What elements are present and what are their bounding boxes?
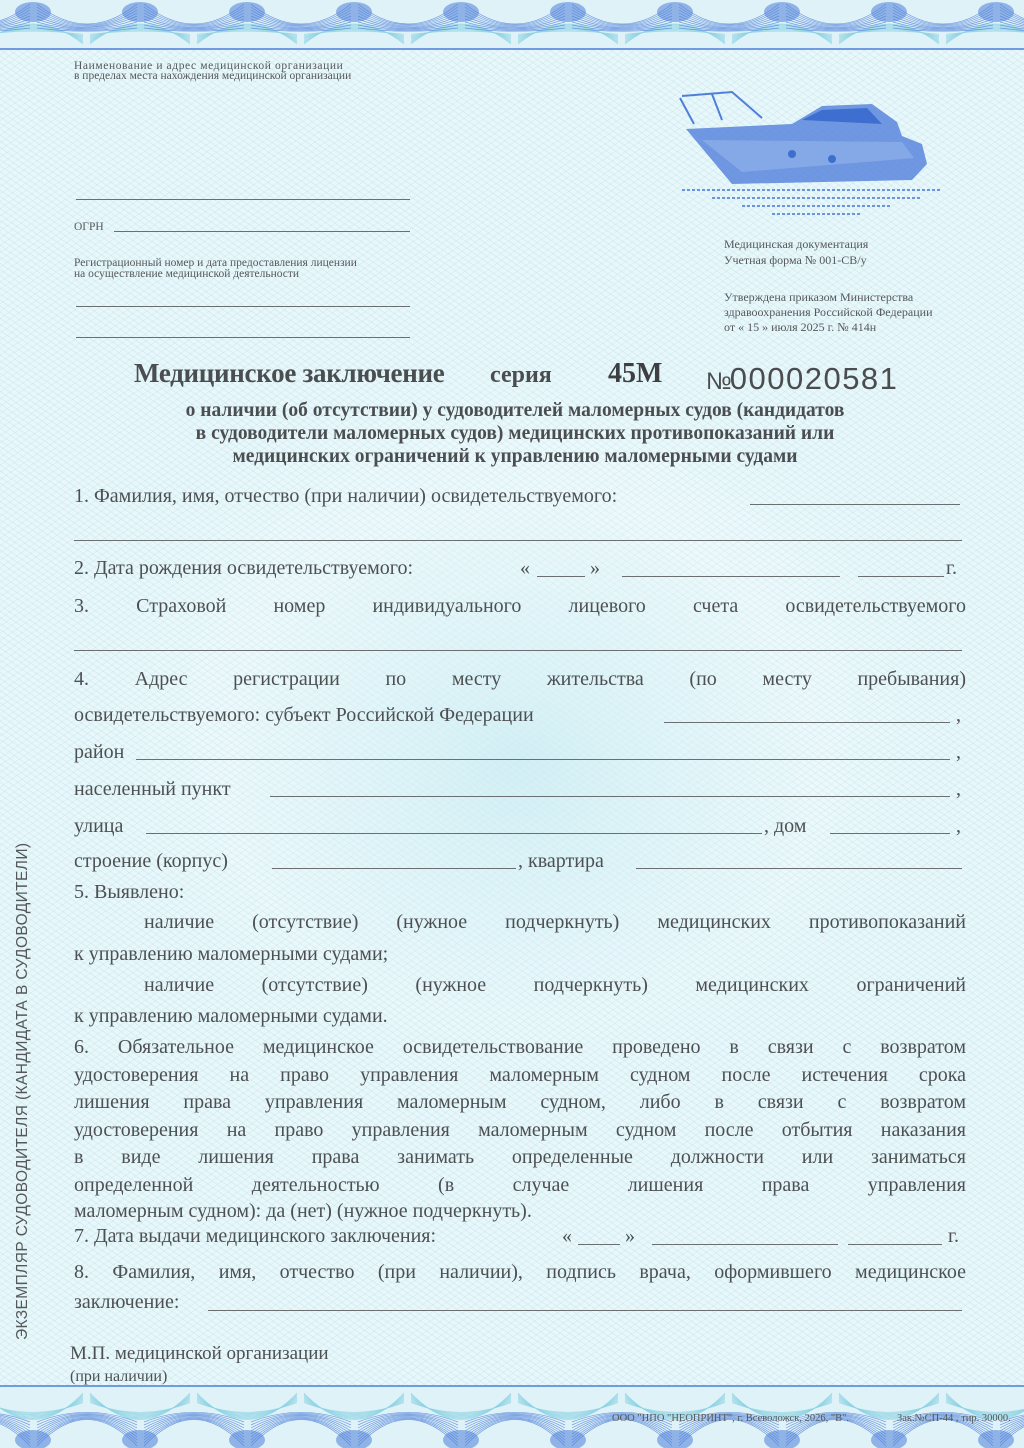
item-3-label: 3. Страховой номер индивидуального лицев… <box>74 593 966 620</box>
comma: , <box>956 814 961 838</box>
full-name-field-2[interactable] <box>74 540 962 541</box>
item-8-label: 8. Фамилия, имя, отчество (при наличии),… <box>74 1259 966 1286</box>
issue-year-field[interactable] <box>848 1244 942 1245</box>
issue-day-close-quote: » <box>625 1224 635 1248</box>
district-field[interactable] <box>136 759 950 760</box>
approval-line-3: от « 15 » июля 2025 г. № 414н <box>724 321 876 333</box>
contraindications-line[interactable]: наличие (отсутствие) (нужное подчеркнуть… <box>144 909 966 936</box>
bottom-border-ornament <box>0 1385 1024 1448</box>
issue-day-open-quote: « <box>562 1224 572 1248</box>
birth-day-open-quote: « <box>520 556 530 580</box>
birth-year-suffix: г. <box>946 556 957 580</box>
ogrn-label: ОГРН <box>74 221 104 233</box>
full-name-field[interactable] <box>750 504 960 505</box>
stamp-label: М.П. медицинской организации <box>70 1343 329 1365</box>
building-label: строение (корпус) <box>74 849 228 873</box>
ogrn-field[interactable] <box>114 231 410 232</box>
order-info: Зак.№СП-44 , тир. 30000. <box>897 1413 1011 1424</box>
top-border-ornament <box>0 0 1024 50</box>
item-6-line: удостоверения на право управления маломе… <box>74 1117 966 1144</box>
issue-day-field[interactable] <box>578 1244 620 1245</box>
approval-line-1: Утверждена приказом Министерства <box>724 291 913 303</box>
series-value: 45М <box>608 358 662 390</box>
item-8-label-2: заключение: <box>74 1290 179 1314</box>
building-field[interactable] <box>272 868 516 869</box>
subtitle-line-2: в судоводители маломерных судов) медицин… <box>90 423 940 445</box>
document-title: Медицинское заключение <box>134 358 444 389</box>
number-sign: № <box>706 368 730 395</box>
series-label: серия <box>490 362 552 389</box>
item-6-last-line[interactable]: маломерным судном): да (нет) (нужное под… <box>74 1199 532 1223</box>
street-field[interactable] <box>146 833 762 834</box>
item-1-label: 1. Фамилия, имя, отчество (при наличии) … <box>74 484 617 508</box>
item-6-line: в виде лишения права занимать определенн… <box>74 1144 966 1171</box>
item-6-line: 6. Обязательное медицинское освидетельст… <box>74 1034 966 1061</box>
apartment-field[interactable] <box>636 868 962 869</box>
locality-label: населенный пункт <box>74 777 231 801</box>
house-label: , дом <box>764 814 806 838</box>
org-name-label-2: в пределах места нахождения медицинской … <box>74 70 351 82</box>
document-number: №000020581 <box>706 361 898 397</box>
copy-holder-label: ЭКЗЕМПЛЯР СУДОВОДИТЕЛЯ (КАНДИДАТА В СУДО… <box>14 843 32 1340</box>
org-name-field[interactable] <box>76 199 410 200</box>
subject-label: освидетельствуемого: субъект Российской … <box>74 703 534 727</box>
subtitle-line-3: медицинских ограничений к управлению мал… <box>90 446 940 468</box>
apartment-label: , квартира <box>518 849 604 873</box>
issue-month-field[interactable] <box>652 1244 838 1245</box>
snils-field[interactable] <box>74 650 962 651</box>
comma: , <box>956 740 961 764</box>
stamp-label-2: (при наличии) <box>70 1368 167 1386</box>
item-6-line: определенной деятельностью (в случае лиш… <box>74 1172 966 1199</box>
birth-day-field[interactable] <box>537 576 585 577</box>
comma: , <box>956 777 961 801</box>
item-2-label: 2. Дата рождения освидетельствуемого: <box>74 556 413 580</box>
issue-year-suffix: г. <box>948 1224 959 1248</box>
contraindications-line-2: к управлению маломерными судами; <box>74 942 388 966</box>
item-6-line: удостоверения на право управления маломе… <box>74 1062 966 1089</box>
item-4-label: 4. Адрес регистрации по месту жительства… <box>74 666 966 693</box>
restrictions-line[interactable]: наличие (отсутствие) (нужное подчеркнуть… <box>144 972 966 999</box>
item-5-label: 5. Выявлено: <box>74 880 184 904</box>
house-field[interactable] <box>830 833 950 834</box>
boat-icon <box>672 84 952 224</box>
license-field-2[interactable] <box>76 337 410 338</box>
birth-year-field[interactable] <box>858 576 944 577</box>
printer-info: ООО "НПО "НЕОПРИНТ", г. Всеволожск, 2026… <box>612 1413 849 1424</box>
district-label: район <box>74 740 124 764</box>
doc-type: Медицинская документация <box>724 238 868 250</box>
locality-field[interactable] <box>270 796 950 797</box>
item-7-label: 7. Дата выдачи медицинского заключения: <box>74 1224 436 1248</box>
license-label-2: на осуществление медицинской деятельност… <box>74 268 299 280</box>
subject-field[interactable] <box>664 722 950 723</box>
item-6-line: лишения права управления маломерным судн… <box>74 1089 966 1116</box>
form-number: Учетная форма № 001-СВ/у <box>724 254 867 266</box>
subtitle-line-1: о наличии (об отсутствии) у судоводителе… <box>90 400 940 422</box>
doctor-signature-field[interactable] <box>208 1310 962 1311</box>
birth-day-close-quote: » <box>590 556 600 580</box>
license-field-1[interactable] <box>76 306 410 307</box>
restrictions-line-2: к управлению маломерными судами. <box>74 1004 388 1028</box>
approval-line-2: здравоохранения Российской Федерации <box>724 306 933 318</box>
birth-month-field[interactable] <box>622 576 840 577</box>
number-value: 000020581 <box>730 361 899 396</box>
street-label: улица <box>74 814 123 838</box>
comma: , <box>956 703 961 727</box>
